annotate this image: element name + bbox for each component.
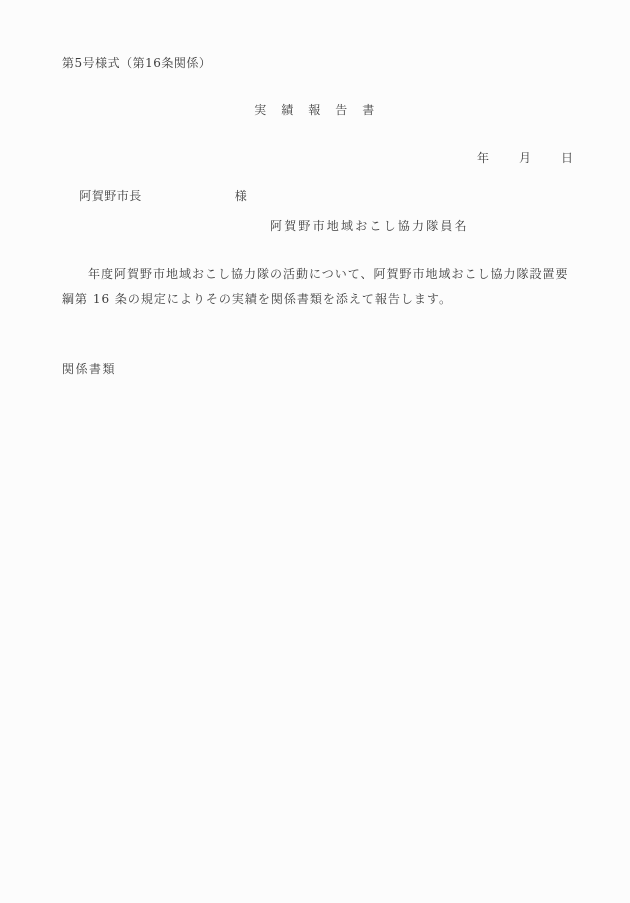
- date-line: 年 月 日: [477, 151, 575, 165]
- form-number: 第5号様式（第16条関係）: [62, 56, 211, 70]
- document-page: 第5号様式（第16条関係） 実 績 報 告 書 年 月 日 阿賀野市長様 阿賀野…: [0, 0, 630, 903]
- body-paragraph: 年度阿賀野市地域おこし協力隊の活動について、阿賀野市地域おこし協力隊設置要綱第 …: [62, 262, 574, 312]
- addressee-name: 阿賀野市長: [79, 189, 142, 203]
- addressee-line: 阿賀野市長様: [62, 175, 247, 217]
- document-title: 実 績 報 告 書: [0, 103, 630, 117]
- reporter-name-label: 阿賀野市地域おこし協力隊員名: [270, 219, 469, 233]
- honorific-sama: 様: [235, 189, 248, 203]
- attachments-heading: 関係書類: [62, 362, 116, 376]
